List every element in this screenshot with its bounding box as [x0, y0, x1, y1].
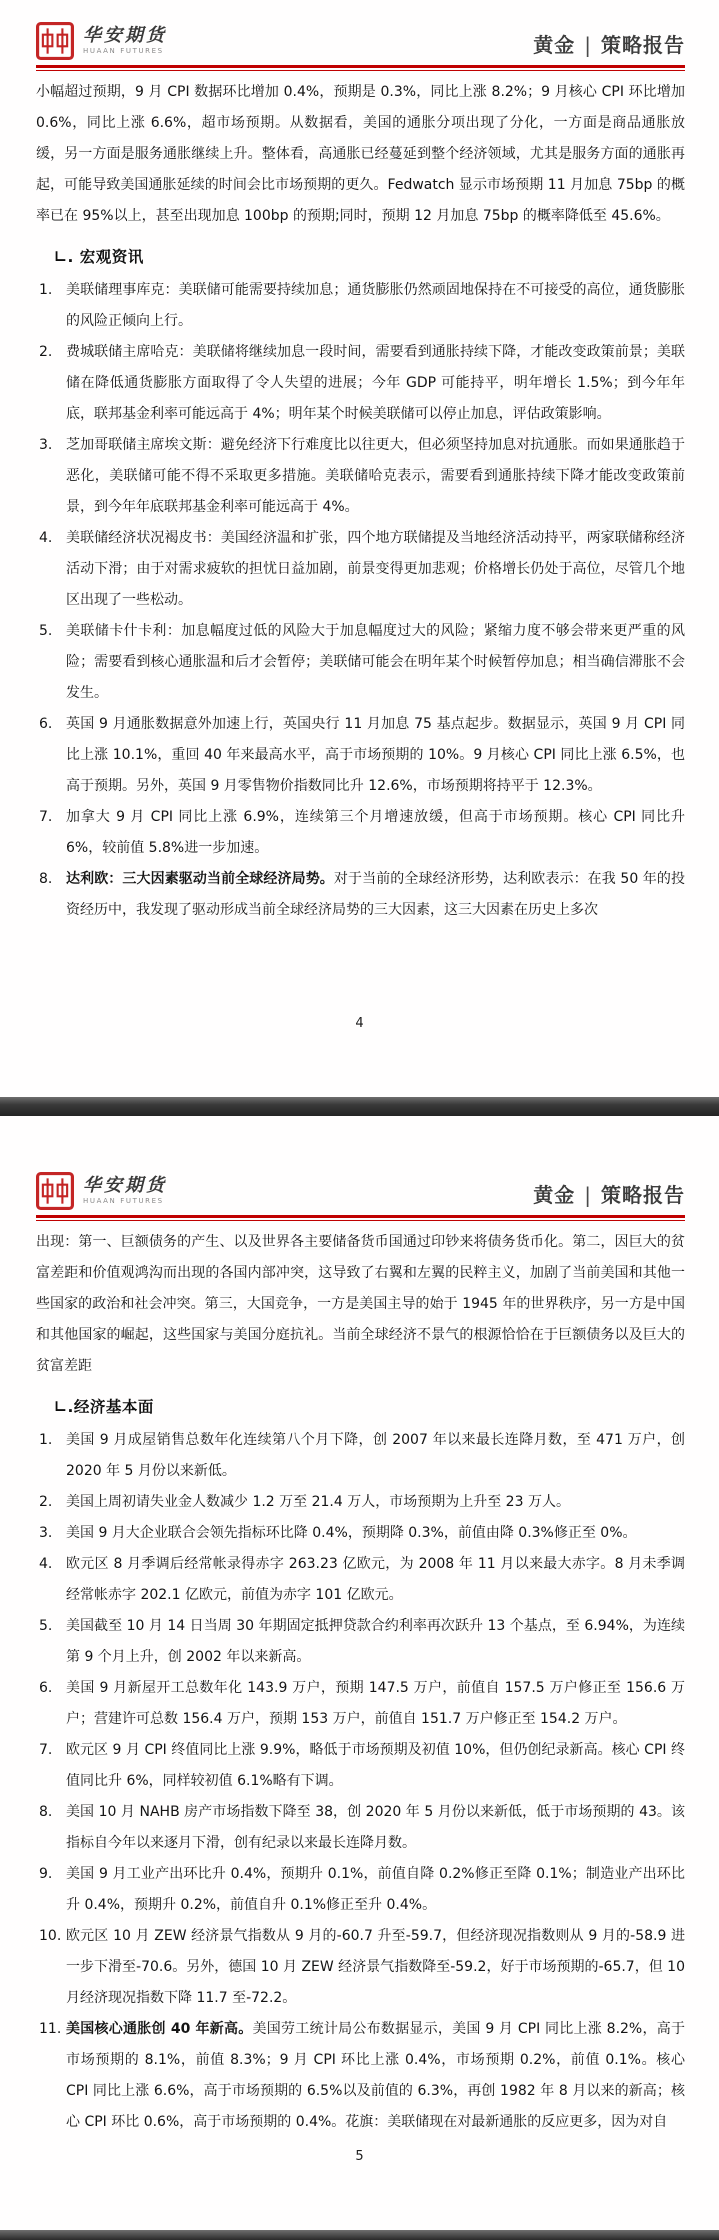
report-title: 黄金|策略报告 [533, 29, 685, 60]
brand-block: 华安期货 HUAAN FUTURES [36, 1172, 167, 1210]
item-text: 美联储理事库克：美联储可能需要持续加息；通货膨胀仍然顽固地保持在不可接受的高位，… [66, 275, 685, 337]
economic-fundamentals-list: 1.美国 9 月成屋销售总数年化连续第八个月下降，创 2007 年以来最长连降月… [36, 1425, 685, 2138]
item-number: 3. [36, 430, 66, 523]
report-product: 黄金 [533, 33, 575, 57]
list-item: 1.美国 9 月成屋销售总数年化连续第八个月下降，创 2007 年以来最长连降月… [36, 1425, 685, 1487]
report-page-2: 华安期货 HUAAN FUTURES 黄金|策略报告 出现：第一、巨额债务的产生… [0, 1116, 719, 2230]
huaan-logo-icon [36, 1172, 74, 1210]
item-bold-lead: 美国核心通胀创 40 年新高。 [66, 2021, 253, 2037]
item-text: 美国 9 月新屋开工总数年化 143.9 万户，预期 147.5 万户，前值自 … [66, 1673, 685, 1735]
page-header: 华安期货 HUAAN FUTURES 黄金|策略报告 [36, 22, 685, 65]
item-text: 英国 9 月通胀数据意外加速上行，英国央行 11 月加息 75 基点起步。数据显… [66, 709, 685, 802]
header-rule [36, 65, 685, 71]
report-product: 黄金 [533, 1183, 575, 1207]
brand-block: 华安期货 HUAAN FUTURES [36, 22, 167, 60]
item-number: 8. [36, 1797, 66, 1859]
item-text: 芝加哥联储主席埃文斯：避免经济下行难度比以往更大，但必须坚持加息对抗通胀。而如果… [66, 430, 685, 523]
list-item: 9.美国 9 月工业产出环比升 0.4%，预期升 0.1%，前值自降 0.2%修… [36, 1859, 685, 1921]
item-number: 6. [36, 1673, 66, 1735]
item-number: 5. [36, 1611, 66, 1673]
list-item: 10.欧元区 10 月 ZEW 经济景气指数从 9 月的-60.7 升至-59.… [36, 1921, 685, 2014]
item-text: 欧元区 10 月 ZEW 经济景气指数从 9 月的-60.7 升至-59.7，但… [66, 1921, 685, 2014]
list-item: 3.美国 9 月大企业联合会领先指标环比降 0.4%，预期降 0.3%，前值由降… [36, 1518, 685, 1549]
brand-text: 华安期货 HUAAN FUTURES [83, 26, 167, 55]
item-text: 美国 10 月 NAHB 房产市场指数下降至 38，创 2020 年 5 月份以… [66, 1797, 685, 1859]
huaan-logo-icon [36, 22, 74, 60]
page-gap-bar [0, 1097, 719, 1116]
item-text: 费城联储主席哈克：美联储将继续加息一段时间，需要看到通胀持续下降，才能改变政策前… [66, 337, 685, 430]
brand-name-en: HUAAN FUTURES [83, 1198, 167, 1206]
item-text: 加拿大 9 月 CPI 同比上涨 6.9%，连续第三个月增速放缓，但高于市场预期… [66, 802, 685, 864]
list-item: 4.欧元区 8 月季调后经常帐录得赤字 263.23 亿欧元，为 2008 年 … [36, 1549, 685, 1611]
page-header: 华安期货 HUAAN FUTURES 黄金|策略报告 [36, 1172, 685, 1215]
section-title-economic-fundamentals: ∟.经济基本面 [54, 1395, 685, 1417]
page-gap-bar [0, 2230, 719, 2240]
list-item: 2.费城联储主席哈克：美联储将继续加息一段时间，需要看到通胀持续下降，才能改变政… [36, 337, 685, 430]
item-text: 美国截至 10 月 14 日当周 30 年期固定抵押贷款合约利率再次跃升 13 … [66, 1611, 685, 1673]
brand-text: 华安期货 HUAAN FUTURES [83, 1176, 167, 1205]
list-item: 1.美联储理事库克：美联储可能需要持续加息；通货膨胀仍然顽固地保持在不可接受的高… [36, 275, 685, 337]
macro-news-list: 1.美联储理事库克：美联储可能需要持续加息；通货膨胀仍然顽固地保持在不可接受的高… [36, 275, 685, 926]
list-item: 8.美国 10 月 NAHB 房产市场指数下降至 38，创 2020 年 5 月… [36, 1797, 685, 1859]
list-item: 11.美国核心通胀创 40 年新高。美国劳工统计局公布数据显示，美国 9 月 C… [36, 2014, 685, 2138]
list-item: 4.美联储经济状况褐皮书：美国经济温和扩张，四个地方联储提及当地经济活动持平，两… [36, 523, 685, 616]
list-item: 7.欧元区 9 月 CPI 终值同比上涨 9.9%，略低于市场预期及初值 10%… [36, 1735, 685, 1797]
section-title-macro-news: ∟. 宏观资讯 [54, 245, 685, 267]
list-item: 6.美国 9 月新屋开工总数年化 143.9 万户，预期 147.5 万户，前值… [36, 1673, 685, 1735]
item-text: 美国 9 月成屋销售总数年化连续第八个月下降，创 2007 年以来最长连降月数，… [66, 1425, 685, 1487]
item-bold-lead: 达利欧：三大因素驱动当前全球经济局势。 [66, 871, 334, 887]
item-number: 6. [36, 709, 66, 802]
title-separator: | [584, 1183, 592, 1207]
list-item: 6.英国 9 月通胀数据意外加速上行，英国央行 11 月加息 75 基点起步。数… [36, 709, 685, 802]
item-number: 1. [36, 1425, 66, 1487]
item-number: 7. [36, 1735, 66, 1797]
list-item: 3.芝加哥联储主席埃文斯：避免经济下行难度比以往更大，但必须坚持加息对抗通胀。而… [36, 430, 685, 523]
intro-paragraph: 小幅超过预期，9 月 CPI 数据环比增加 0.4%，预期是 0.3%，同比上涨… [36, 77, 685, 232]
report-type: 策略报告 [601, 1183, 685, 1207]
report-page-1: 华安期货 HUAAN FUTURES 黄金|策略报告 小幅超过预期，9 月 CP… [0, 0, 719, 1097]
list-item: 7.加拿大 9 月 CPI 同比上涨 6.9%，连续第三个月增速放缓，但高于市场… [36, 802, 685, 864]
title-separator: | [584, 33, 592, 57]
item-number: 11. [36, 2014, 66, 2138]
item-text: 欧元区 8 月季调后经常帐录得赤字 263.23 亿欧元，为 2008 年 11… [66, 1549, 685, 1611]
page-number: 5 [0, 2149, 719, 2164]
item-text: 欧元区 9 月 CPI 终值同比上涨 9.9%，略低于市场预期及初值 10%，但… [66, 1735, 685, 1797]
item-number: 2. [36, 337, 66, 430]
list-item: 2.美国上周初请失业金人数减少 1.2 万至 21.4 万人，市场预期为上升至 … [36, 1487, 685, 1518]
brand-name-cn: 华安期货 [83, 26, 167, 46]
item-number: 2. [36, 1487, 66, 1518]
item-number: 10. [36, 1921, 66, 2014]
page-number: 4 [0, 1016, 719, 1031]
item-number: 4. [36, 1549, 66, 1611]
list-item: 8.达利欧：三大因素驱动当前全球经济局势。对于当前的全球经济形势，达利欧表示：在… [36, 864, 685, 926]
item-text: 美国 9 月工业产出环比升 0.4%，预期升 0.1%，前值自降 0.2%修正至… [66, 1859, 685, 1921]
item-text: 达利欧：三大因素驱动当前全球经济局势。对于当前的全球经济形势，达利欧表示：在我 … [66, 864, 685, 926]
item-number: 9. [36, 1859, 66, 1921]
item-number: 5. [36, 616, 66, 709]
item-number: 7. [36, 802, 66, 864]
report-type: 策略报告 [601, 33, 685, 57]
item-text: 美国核心通胀创 40 年新高。美国劳工统计局公布数据显示，美国 9 月 CPI … [66, 2014, 685, 2138]
list-item: 5.美国截至 10 月 14 日当周 30 年期固定抵押贷款合约利率再次跃升 1… [36, 1611, 685, 1673]
item-number: 1. [36, 275, 66, 337]
list-item: 5.美联储卡什卡利：加息幅度过低的风险大于加息幅度过大的风险；紧缩力度不够会带来… [36, 616, 685, 709]
brand-name-en: HUAAN FUTURES [83, 48, 167, 56]
item-text: 美联储经济状况褐皮书：美国经济温和扩张，四个地方联储提及当地经济活动持平，两家联… [66, 523, 685, 616]
item-text: 美国 9 月大企业联合会领先指标环比降 0.4%，预期降 0.3%，前值由降 0… [66, 1518, 685, 1549]
item-text: 美国上周初请失业金人数减少 1.2 万至 21.4 万人，市场预期为上升至 23… [66, 1487, 685, 1518]
item-number: 8. [36, 864, 66, 926]
item-number: 3. [36, 1518, 66, 1549]
header-rule [36, 1215, 685, 1221]
intro-paragraph: 出现：第一、巨额债务的产生、以及世界各主要储备货币国通过印钞来将债务货币化。第二… [36, 1227, 685, 1382]
report-title: 黄金|策略报告 [533, 1179, 685, 1210]
item-text: 美联储卡什卡利：加息幅度过低的风险大于加息幅度过大的风险；紧缩力度不够会带来更严… [66, 616, 685, 709]
brand-name-cn: 华安期货 [83, 1176, 167, 1196]
item-number: 4. [36, 523, 66, 616]
